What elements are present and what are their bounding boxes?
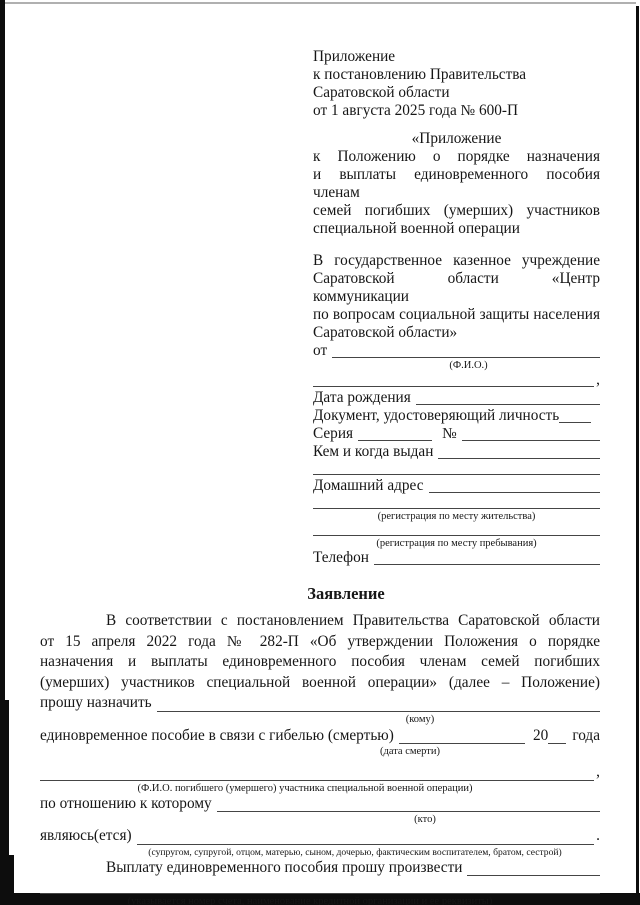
death-date-caption: (дата смерти)	[310, 746, 600, 758]
issued-continued-row	[313, 461, 600, 477]
assign-row: прошу назначить	[40, 693, 600, 714]
death-date-caption-row: (дата смерти)	[40, 746, 600, 758]
payment-method-blank	[467, 862, 600, 876]
applicant-fio-row: от	[313, 342, 600, 360]
series-number-row: Серия №	[313, 425, 600, 443]
birth-date-label: Дата рождения	[313, 389, 411, 407]
applicant-fio-blank-2	[313, 373, 594, 387]
account-blank	[40, 880, 600, 894]
am-label: являюсь(ется)	[40, 826, 132, 847]
statement-paragraph-line: В соответствии с постановлением Правител…	[40, 611, 600, 632]
year-blank	[548, 730, 566, 744]
am-row: являюсь(ется) .	[40, 826, 600, 847]
residence-reg-row	[313, 495, 600, 511]
addressee-line: по вопросам социальной защиты населения	[313, 306, 600, 324]
am-blank	[137, 831, 595, 845]
appendix-reference-block: Приложение к постановлению Правительства…	[313, 48, 600, 567]
statement-section: Заявление В соответствии с постановление…	[40, 583, 600, 905]
appendix-line: от 1 августа 2025 года № 600-П	[313, 102, 600, 120]
identity-doc-blank	[559, 409, 591, 423]
statement-paragraph-line: от 15 апреля 2022 года № 282-П «Об утвер…	[40, 632, 600, 653]
year-prefix: 20	[533, 726, 548, 747]
payment-row: Выплату единовременного пособия прошу пр…	[40, 858, 600, 879]
deceased-fio-row: ,	[40, 762, 600, 783]
addressee-line: Саратовской области «Центр коммуникации	[313, 270, 600, 306]
issued-row: Кем и когда выдан	[313, 443, 600, 461]
phone-row: Телефон	[313, 549, 600, 567]
trailing-comma: ,	[596, 762, 600, 783]
appendix-line: к постановлению Правительства	[313, 66, 600, 84]
account-caption: (указывается номер счета, наименование к…	[40, 896, 600, 905]
birth-date-row: Дата рождения	[313, 389, 600, 407]
fio-caption: (Ф.И.О.)	[313, 360, 600, 371]
home-address-row: Домашний адрес	[313, 477, 600, 495]
relation-label: по отношению к которому	[40, 794, 212, 815]
residence-caption: (регистрация по месту жительства)	[313, 511, 600, 522]
stay-reg-row	[313, 522, 600, 538]
birth-date-blank	[416, 391, 600, 405]
issued-blank-2	[313, 461, 600, 475]
statement-title: Заявление	[40, 583, 600, 605]
applicant-fio-continued-row: ,	[313, 371, 600, 389]
issued-blank	[438, 445, 600, 459]
relation-blank	[217, 798, 600, 812]
document-page: Приложение к постановлению Правительства…	[40, 48, 600, 905]
stay-caption: (регистрация по месту пребывания)	[313, 538, 600, 549]
phone-label: Телефон	[313, 549, 369, 567]
regulation-line: семей погибших (умерших) участников	[313, 202, 600, 220]
series-label: Серия	[313, 425, 353, 443]
assign-label: прошу назначить	[40, 693, 152, 714]
home-address-blank	[429, 479, 601, 493]
number-blank	[462, 427, 600, 441]
trailing-period: .	[596, 826, 600, 847]
kto-caption: (кто)	[250, 814, 600, 826]
scanned-document: { "colors": { "ink": "#161616", "line": …	[0, 0, 640, 905]
applicant-fio-blank	[332, 344, 600, 358]
scan-right-edge	[636, 6, 639, 905]
addressee-line: Саратовской области»	[313, 324, 600, 342]
regulation-line: специальной военной операции	[313, 220, 600, 238]
deceased-fio-blank	[40, 767, 594, 781]
kto-caption-row: (кто)	[40, 814, 600, 826]
regulation-title-line: «Приложение	[313, 130, 600, 148]
benefit-row: единовременное пособие в связи с гибелью…	[40, 726, 600, 747]
assign-to-blank	[157, 698, 600, 712]
relation-caption: (супругом, супругой, отцом, матерью, сын…	[40, 847, 600, 858]
statement-paragraph-line: (умерших) участников специальной военной…	[40, 673, 600, 694]
issued-label: Кем и когда выдан	[313, 443, 433, 461]
payment-label: Выплату единовременного пособия прошу пр…	[106, 858, 462, 879]
appendix-line: Приложение	[313, 48, 600, 66]
identity-doc-row: Документ, удостоверяющий личность	[313, 407, 600, 425]
phone-blank	[374, 551, 600, 565]
relation-row: по отношению к которому	[40, 794, 600, 815]
from-label: от	[313, 342, 327, 360]
regulation-line: к Положению о порядке назначения	[313, 148, 600, 166]
series-blank	[358, 427, 432, 441]
number-label: №	[442, 425, 457, 443]
residence-reg-blank	[313, 495, 600, 509]
komu-caption-row: (кому)	[40, 714, 600, 726]
addressee-line: В государственное казенное учреждение	[313, 252, 600, 270]
account-row	[40, 880, 600, 896]
death-date-blank	[399, 730, 525, 744]
scan-top-line	[0, 2, 636, 4]
regulation-line: и выплаты единовременного пособия членам	[313, 166, 600, 202]
identity-doc-label: Документ, удостоверяющий личность	[313, 407, 559, 425]
deceased-fio-caption: (Ф.И.О. погибшего (умершего) участника с…	[40, 783, 600, 794]
appendix-line: Саратовской области	[313, 84, 600, 102]
komu-caption: (кому)	[240, 714, 600, 726]
year-suffix: года	[572, 726, 600, 747]
statement-paragraph-line: назначения и выплаты единовременного пос…	[40, 652, 600, 673]
benefit-label: единовременное пособие в связи с гибелью…	[40, 726, 394, 747]
home-address-label: Домашний адрес	[313, 477, 424, 495]
trailing-comma: ,	[596, 371, 600, 389]
stay-reg-blank	[313, 522, 600, 536]
